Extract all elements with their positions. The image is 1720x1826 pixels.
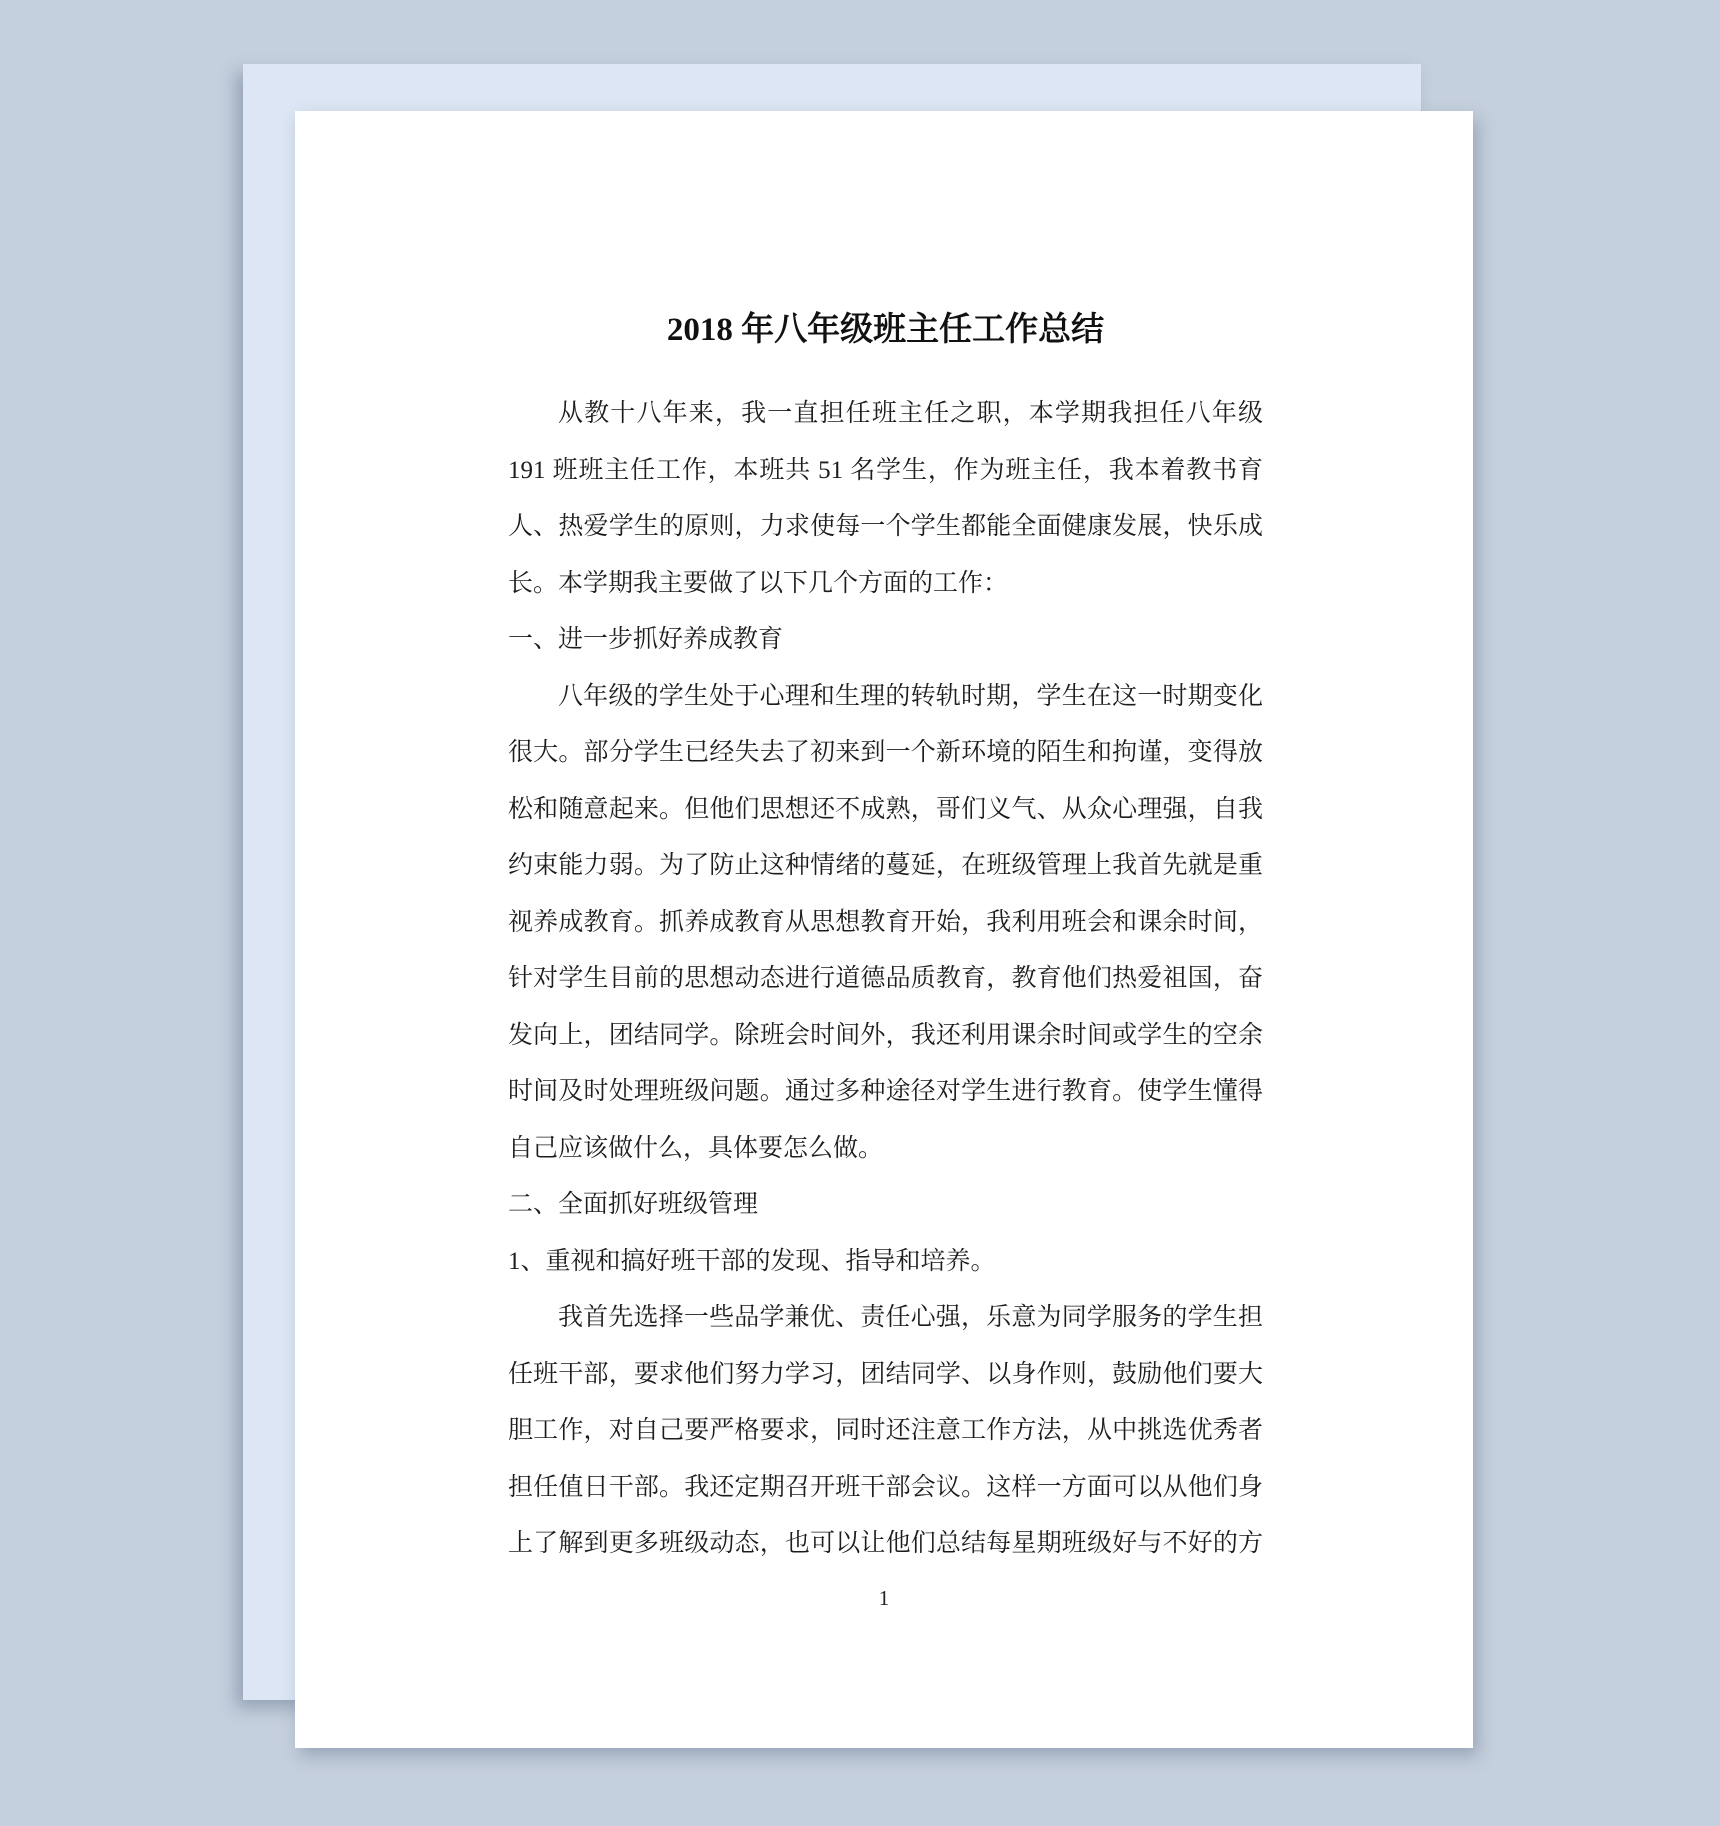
text-line: 一、进一步抓好养成教育 [508, 612, 1263, 669]
text-line: 长。本学期我主要做了以下几个方面的工作： [508, 556, 1263, 613]
text-line: 担任值日干部。我还定期召开班干部会议。这样一方面可以从他们身 [508, 1460, 1263, 1517]
text-line: 针对学生目前的思想动态进行道德品质教育，教育他们热爱祖国，奋 [508, 951, 1263, 1008]
page-number: 1 [295, 1585, 1473, 1611]
text-line: 发向上，团结同学。除班会时间外，我还利用课余时间或学生的空余 [508, 1008, 1263, 1065]
document-title: 2018 年八年级班主任工作总结 [508, 307, 1263, 353]
text-line: 任班干部，要求他们努力学习，团结同学、以身作则，鼓励他们要大 [508, 1347, 1263, 1404]
text-line: 从教十八年来，我一直担任班主任之职，本学期我担任八年级 [508, 386, 1263, 443]
text-line: 人、热爱学生的原则，力求使每一个学生都能全面健康发展，快乐成 [508, 499, 1263, 556]
text-line: 我首先选择一些品学兼优、责任心强，乐意为同学服务的学生担 [508, 1290, 1263, 1347]
text-line: 1、重视和搞好班干部的发现、指导和培养。 [508, 1234, 1263, 1291]
text-line: 胆工作，对自己要严格要求，同时还注意工作方法，从中挑选优秀者 [508, 1403, 1263, 1460]
paragraph: 八年级的学生处于心理和生理的转轨时期，学生在这一时期变化 很大。部分学生已经失去… [508, 669, 1263, 1178]
section-heading: 二、全面抓好班级管理 [508, 1177, 1263, 1234]
sub-heading: 1、重视和搞好班干部的发现、指导和培养。 [508, 1234, 1263, 1291]
text-line: 很大。部分学生已经失去了初来到一个新环境的陌生和拘谨，变得放 [508, 725, 1263, 782]
text-line: 自己应该做什么，具体要怎么做。 [508, 1121, 1263, 1178]
text-line: 上了解到更多班级动态，也可以让他们总结每星期班级好与不好的方 [508, 1516, 1263, 1573]
paragraph: 从教十八年来，我一直担任班主任之职，本学期我担任八年级 191 班班主任工作，本… [508, 386, 1263, 612]
text-line: 松和随意起来。但他们思想还不成熟，哥们义气、从众心理强，自我 [508, 782, 1263, 839]
text-line: 约束能力弱。为了防止这种情绪的蔓延，在班级管理上我首先就是重 [508, 838, 1263, 895]
paragraph: 我首先选择一些品学兼优、责任心强，乐意为同学服务的学生担 任班干部，要求他们努力… [508, 1290, 1263, 1573]
text-line: 时间及时处理班级问题。通过多种途径对学生进行教育。使学生懂得 [508, 1064, 1263, 1121]
text-line: 视养成教育。抓养成教育从思想教育开始，我利用班会和课余时间， [508, 895, 1263, 952]
text-line: 二、全面抓好班级管理 [508, 1177, 1263, 1234]
text-line: 191 班班主任工作，本班共 51 名学生，作为班主任，我本着教书育 [508, 443, 1263, 500]
section-heading: 一、进一步抓好养成教育 [508, 612, 1263, 669]
document-page: 2018 年八年级班主任工作总结 从教十八年来，我一直担任班主任之职，本学期我担… [295, 111, 1473, 1748]
document-preview-canvas: 2018 年八年级班主任工作总结 从教十八年来，我一直担任班主任之职，本学期我担… [0, 0, 1720, 1826]
document-body: 从教十八年来，我一直担任班主任之职，本学期我担任八年级 191 班班主任工作，本… [508, 386, 1263, 1573]
text-line: 八年级的学生处于心理和生理的转轨时期，学生在这一时期变化 [508, 669, 1263, 726]
